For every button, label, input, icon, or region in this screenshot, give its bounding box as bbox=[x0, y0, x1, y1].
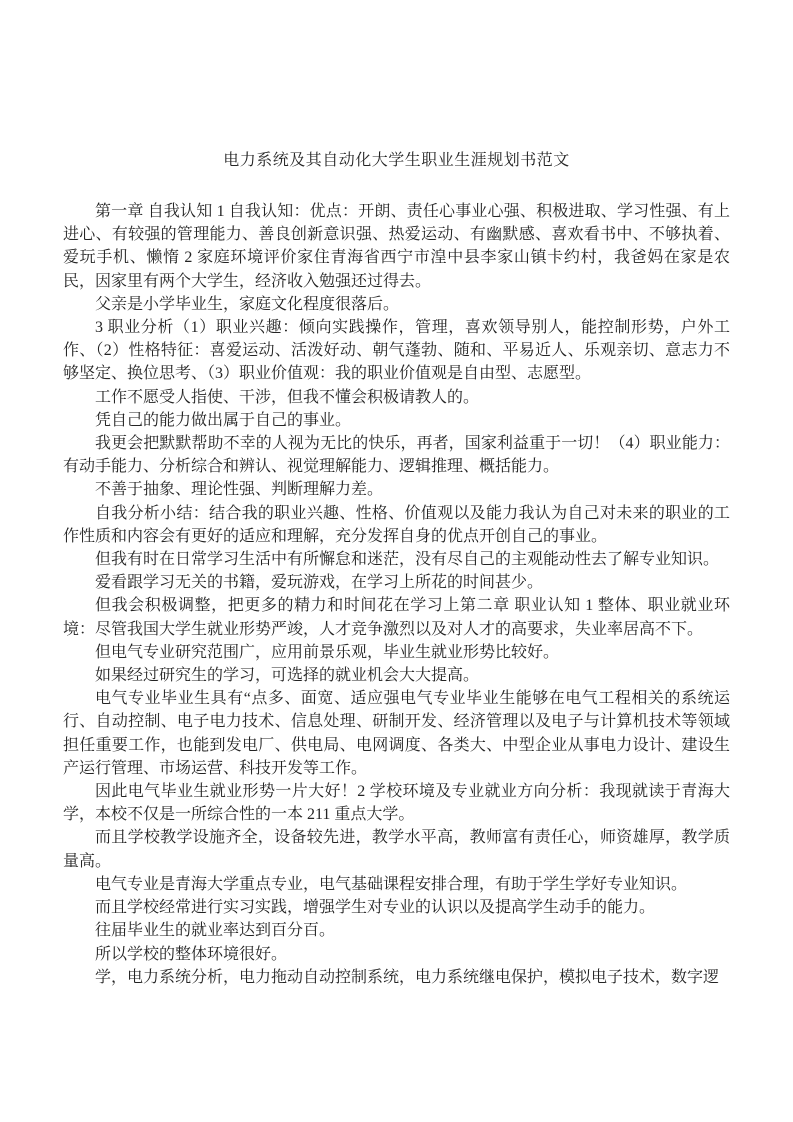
paragraph: 不善于抽象、理论性强、判断理解力差。 bbox=[63, 478, 730, 501]
document-body: 第一章 自我认知 1 自我认知：优点：开朗、责任心事业心强、积极进取、学习性强、… bbox=[63, 200, 730, 989]
paragraph: 我更会把默默帮助不幸的人视为无比的快乐，再者，国家利益重于一切！（4）职业能力：… bbox=[63, 432, 730, 478]
paragraph: 凭自己的能力做出属于自己的事业。 bbox=[63, 409, 730, 432]
paragraph: 父亲是小学毕业生，家庭文化程度很落后。 bbox=[63, 293, 730, 316]
paragraph: 所以学校的整体环境很好。 bbox=[63, 943, 730, 966]
document-content: 电力系统及其自动化大学生职业生涯规划书范文 第一章 自我认知 1 自我认知：优点… bbox=[63, 149, 730, 989]
paragraph: 但我有时在日常学习生活中有所懈怠和迷茫，没有尽自己的主观能动性去了解专业知识。 bbox=[63, 548, 730, 571]
paragraph: 但电气专业研究范围广，应用前景乐观，毕业生就业形势比较好。 bbox=[63, 641, 730, 664]
paragraph: 第一章 自我认知 1 自我认知：优点：开朗、责任心事业心强、积极进取、学习性强、… bbox=[63, 200, 730, 293]
paragraph: 电气专业毕业生具有“点多、面宽、适应强电气专业毕业生能够在电气工程相关的系统运行… bbox=[63, 687, 730, 780]
paragraph: 因此电气毕业生就业形势一片大好！2 学校环境及专业就业方向分析：我现就读于青海大… bbox=[63, 780, 730, 826]
document-title: 电力系统及其自动化大学生职业生涯规划书范文 bbox=[63, 149, 730, 172]
paragraph: 3 职业分析（1）职业兴趣：倾向实践操作，管理，喜欢领导别人，能控制形势，户外工… bbox=[63, 316, 730, 386]
paragraph: 电气专业是青海大学重点专业，电气基础课程安排合理，有助于学生学好专业知识。 bbox=[63, 873, 730, 896]
paragraph: 而且学校教学设施齐全，设备较先进，教学水平高，教师富有责任心，师资雄厚，教学质量… bbox=[63, 826, 730, 872]
paragraph: 往届毕业生的就业率达到百分百。 bbox=[63, 919, 730, 942]
paragraph: 学，电力系统分析，电力拖动自动控制系统，电力系统继电保护，模拟电子技术，数字逻 bbox=[63, 966, 730, 989]
paragraph: 但我会积极调整，把更多的精力和时间花在学习上第二章 职业认知 1 整体、职业就业… bbox=[63, 594, 730, 640]
paragraph: 而且学校经常进行实习实践，增强学生对专业的认识以及提高学生动手的能力。 bbox=[63, 896, 730, 919]
document-page: 电力系统及其自动化大学生职业生涯规划书范文 第一章 自我认知 1 自我认知：优点… bbox=[0, 0, 793, 1122]
paragraph: 如果经过研究生的学习，可选择的就业机会大大提高。 bbox=[63, 664, 730, 687]
paragraph: 自我分析小结：结合我的职业兴趣、性格、价值观以及能力我认为自己对未来的职业的工作… bbox=[63, 502, 730, 548]
paragraph: 工作不愿受人指使、干涉，但我不懂会积极请教人的。 bbox=[63, 386, 730, 409]
paragraph: 爱看跟学习无关的书籍，爱玩游戏，在学习上所花的时间甚少。 bbox=[63, 571, 730, 594]
